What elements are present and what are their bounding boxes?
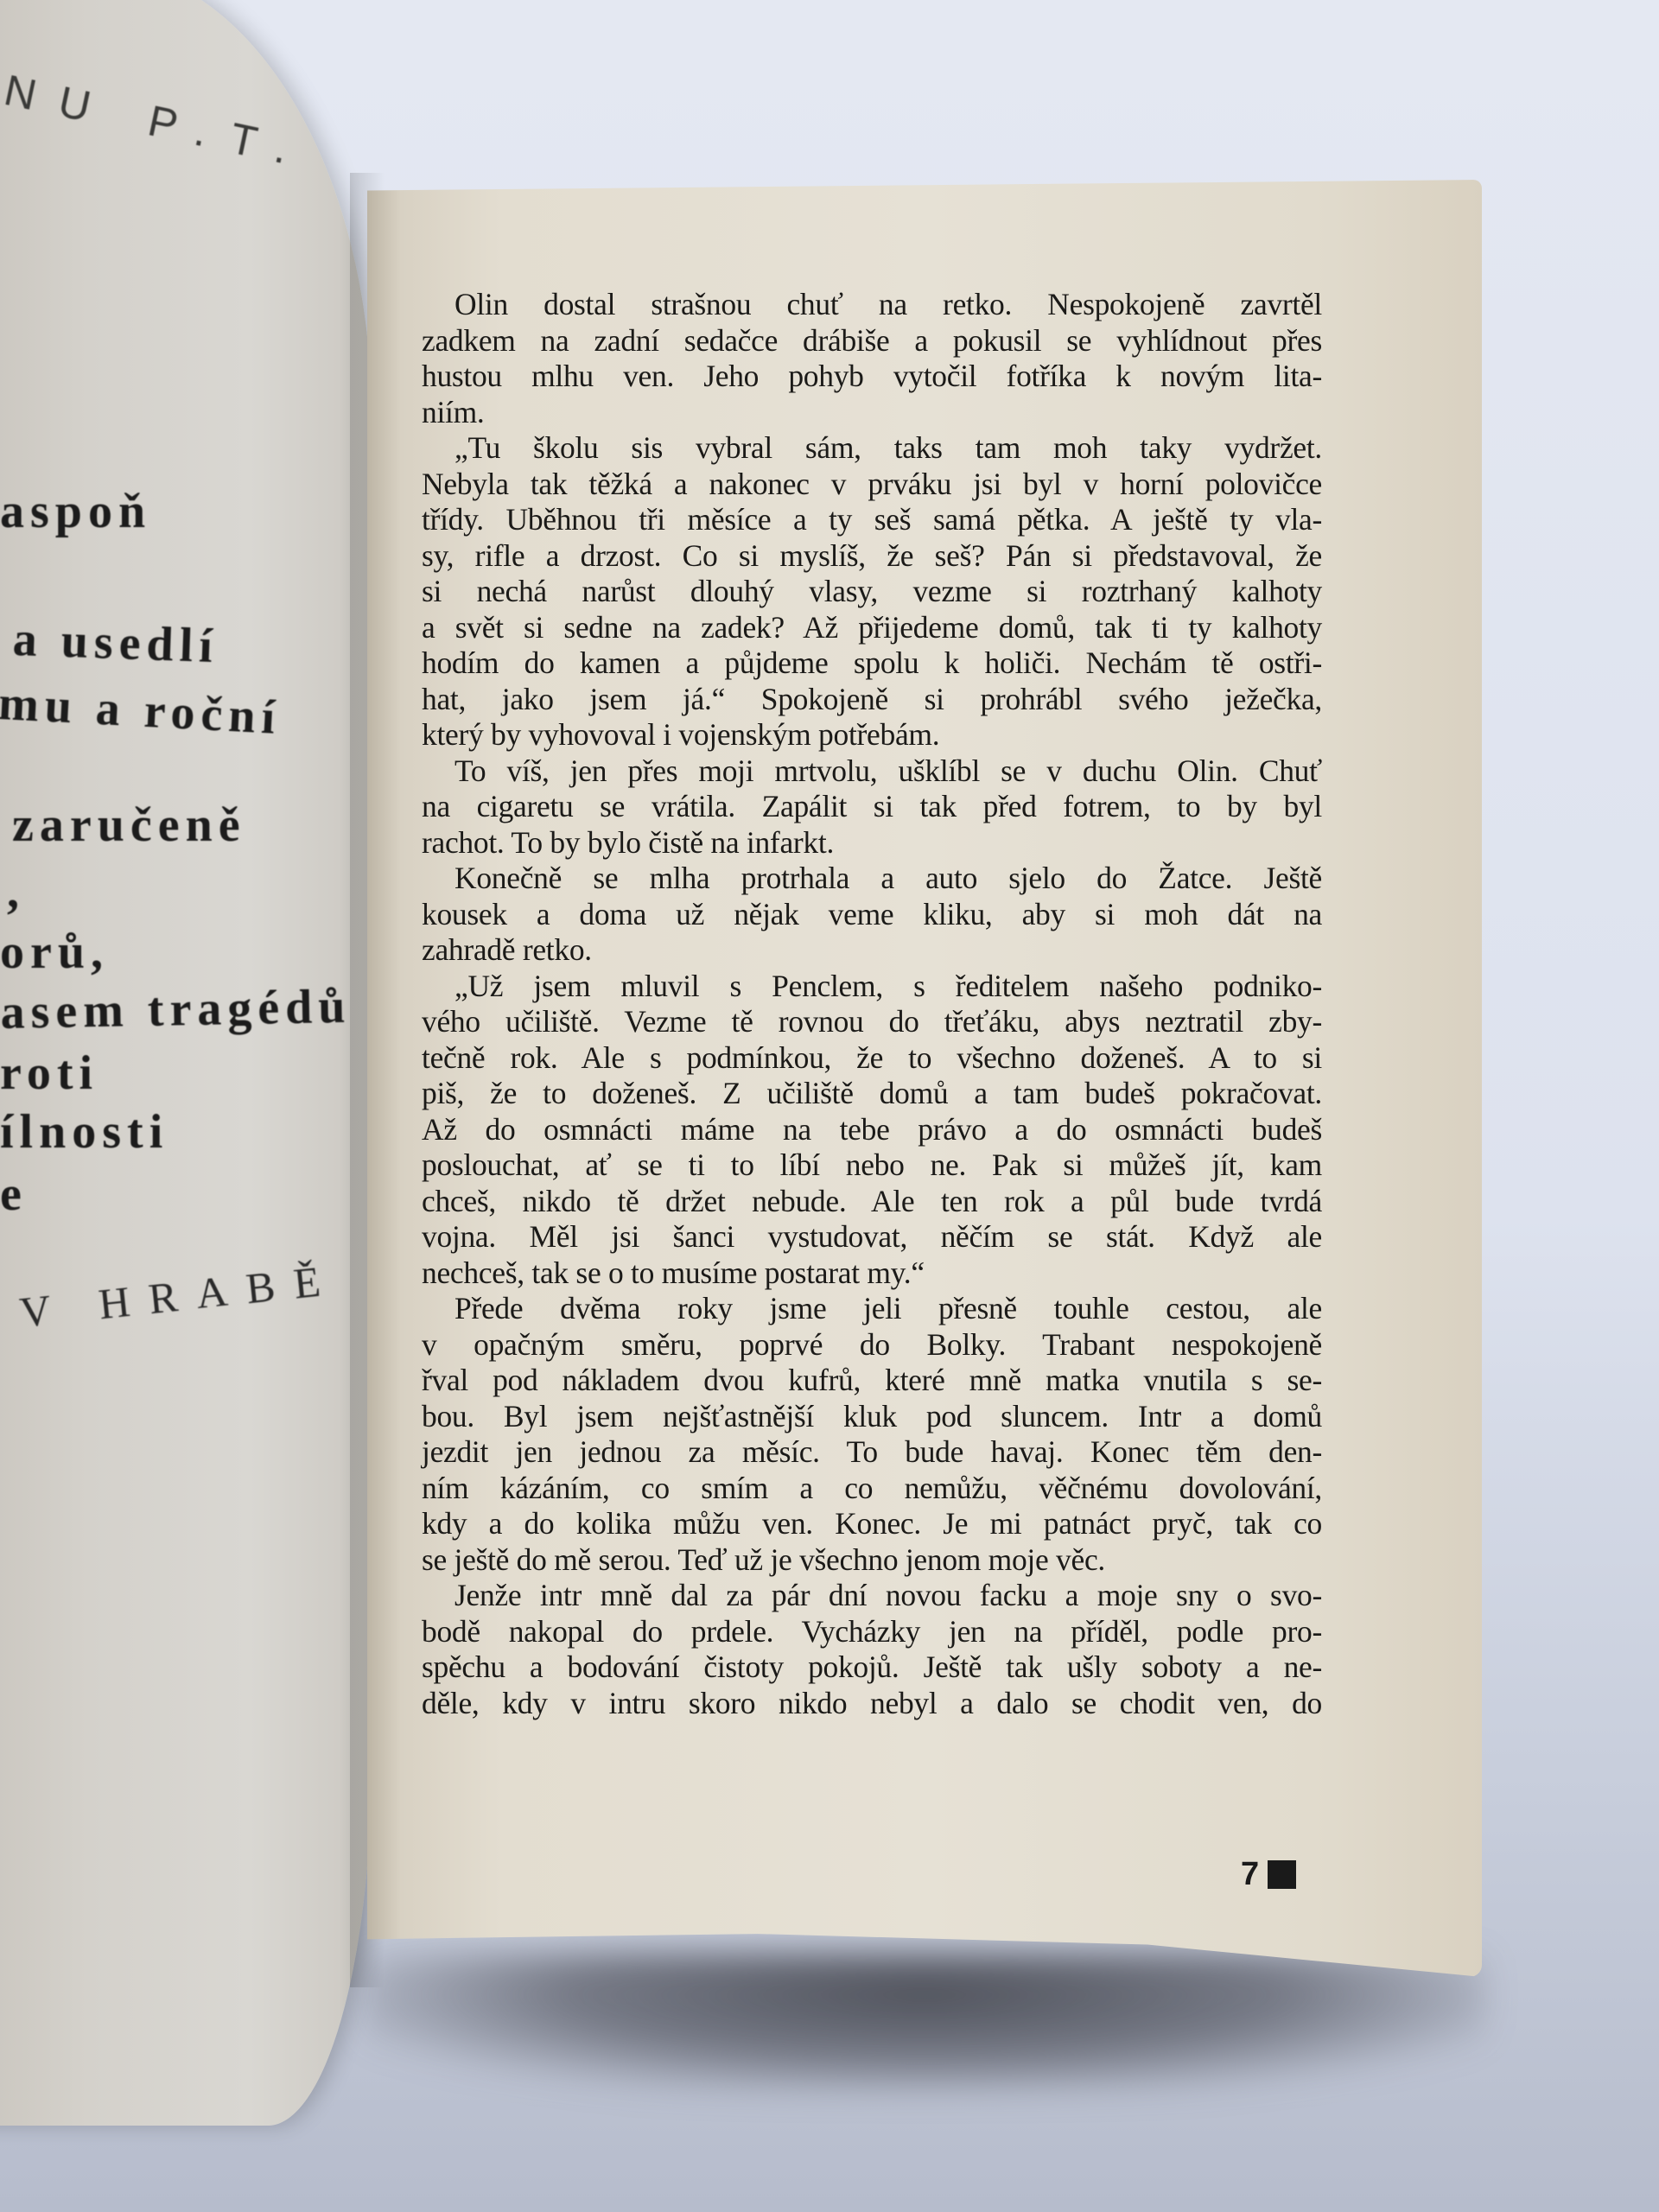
left-page-line: zaručeně	[12, 798, 246, 853]
text-line: si nechá narůst dlouhý vlasy, vezme si r…	[422, 574, 1322, 610]
text-line: Olin dostal strašnou chuť na retko. Nesp…	[422, 287, 1322, 323]
text-line: vojna. Měl jsi šanci vystudovat, něčím s…	[422, 1219, 1322, 1255]
left-page-line: roti	[0, 1046, 99, 1101]
paragraph: Olin dostal strašnou chuť na retko. Nesp…	[422, 287, 1322, 430]
text-line: bou. Byl jsem nejšťastnější kluk pod slu…	[422, 1399, 1322, 1435]
text-line: Konečně se mlha protrhala a auto sjelo d…	[422, 861, 1322, 897]
text-line: spěchu a bodování čistoty pokojů. Ještě …	[422, 1649, 1322, 1686]
text-line: vého učiliště. Vezme tě rovnou do třeťák…	[422, 1004, 1322, 1040]
text-line: v opačným směru, poprvé do Bolky. Traban…	[422, 1327, 1322, 1363]
black-square-icon	[1268, 1860, 1296, 1889]
text-line: zadkem na zadní sedačce drábiše a pokusi…	[422, 323, 1322, 359]
text-line: děle, kdy v intru skoro nikdo nebyl a da…	[422, 1686, 1322, 1722]
text-line: tečně rok. Ale s podmínkou, že to všechn…	[422, 1040, 1322, 1077]
text-line: „Tu školu sis vybral sám, taks tam moh t…	[422, 430, 1322, 467]
left-page-line: ílnosti	[0, 1104, 168, 1160]
author-name: V HRABĚ	[17, 1254, 341, 1337]
text-line: chceš, nikdo tě držet nebude. Ale ten ro…	[422, 1184, 1322, 1220]
page-shadow	[363, 1953, 1486, 2091]
left-page-line: ,	[7, 864, 25, 919]
text-line: třídy. Uběhnou tři měsíce a ty seš samá …	[422, 502, 1322, 538]
text-line: bodě nakopal do prdele. Vycházky jen na …	[422, 1614, 1322, 1650]
paragraph: „Už jsem mluvil s Penclem, s ředitelem n…	[422, 969, 1322, 1292]
page-number: 7	[1241, 1856, 1296, 1893]
text-line: hustou mlhu ven. Jeho pohyb vytočil fotř…	[422, 359, 1322, 395]
text-line: jezdit jen jednou za měsíc. To bude hava…	[422, 1434, 1322, 1471]
text-line: To víš, jen přes moji mrtvolu, ušklíbl s…	[422, 753, 1322, 790]
text-line: Přede dvěma roky jsme jeli přesně touhle…	[422, 1291, 1322, 1327]
text-line: který by vyhovoval i vojenským potřebám.	[422, 717, 1322, 753]
left-page-line: orů,	[0, 925, 109, 980]
left-page-header: NU P.T.	[0, 65, 316, 179]
text-line: a svět si sedne na zadek? Až přijedeme d…	[422, 610, 1322, 646]
paragraph: „Tu školu sis vybral sám, taks tam moh t…	[422, 430, 1322, 753]
page-body-text: Olin dostal strašnou chuť na retko. Nesp…	[422, 287, 1322, 1721]
text-line: rachot. To by bylo čistě na infarkt.	[422, 825, 1322, 861]
left-page-line: a usedlí	[12, 612, 219, 674]
left-page-line: mu a roční	[0, 676, 283, 746]
text-line: hodím do kamen a půjdeme spolu k holiči.…	[422, 645, 1322, 682]
text-line: niím.	[422, 395, 1322, 431]
left-page-line: e	[0, 1166, 28, 1222]
text-line: kousek a doma už nějak veme kliku, aby s…	[422, 897, 1322, 933]
text-line: kdy a do kolika můžu ven. Konec. Je mi p…	[422, 1506, 1322, 1542]
text-line: Nebyla tak těžká a nakonec v prváku jsi …	[422, 467, 1322, 503]
text-line: hat, jako jsem já.“ Spokojeně si prohráb…	[422, 682, 1322, 718]
text-line: Až do osmnácti máme na tebe právo a do o…	[422, 1112, 1322, 1148]
paragraph: Konečně se mlha protrhala a auto sjelo d…	[422, 861, 1322, 969]
left-page-line: asem tragédů	[0, 979, 352, 1040]
left-page: NU P.T. aspoň a usedlí mu a roční zaruče…	[0, 0, 372, 2126]
paragraph: Jenže intr mně dal za pár dní novou fack…	[422, 1578, 1322, 1721]
text-line: Jenže intr mně dal za pár dní novou fack…	[422, 1578, 1322, 1614]
page-number-value: 7	[1241, 1856, 1259, 1893]
text-line: poslouchat, ať se ti to líbí nebo ne. Pa…	[422, 1147, 1322, 1184]
paragraph: Přede dvěma roky jsme jeli přesně touhle…	[422, 1291, 1322, 1578]
text-line: nechceš, tak se o to musíme postarat my.…	[422, 1255, 1322, 1292]
text-line: „Už jsem mluvil s Penclem, s ředitelem n…	[422, 969, 1322, 1005]
text-line: řval pod nákladem dvou kufrů, které mně …	[422, 1363, 1322, 1399]
text-line: na cigaretu se vrátila. Zapálit si tak p…	[422, 789, 1322, 825]
text-line: se ještě do mě serou. Teď už je všechno …	[422, 1542, 1322, 1579]
text-line: zahradě retko.	[422, 932, 1322, 969]
text-line: sy, rifle a drzost. Co si myslíš, že seš…	[422, 538, 1322, 575]
paragraph: To víš, jen přes moji mrtvolu, ušklíbl s…	[422, 753, 1322, 861]
text-line: ním kázáním, co smím a co nemůžu, věčném…	[422, 1471, 1322, 1507]
left-page-line: aspoň	[0, 484, 151, 539]
text-line: piš, že to doženeš. Z učiliště domů a ta…	[422, 1076, 1322, 1112]
